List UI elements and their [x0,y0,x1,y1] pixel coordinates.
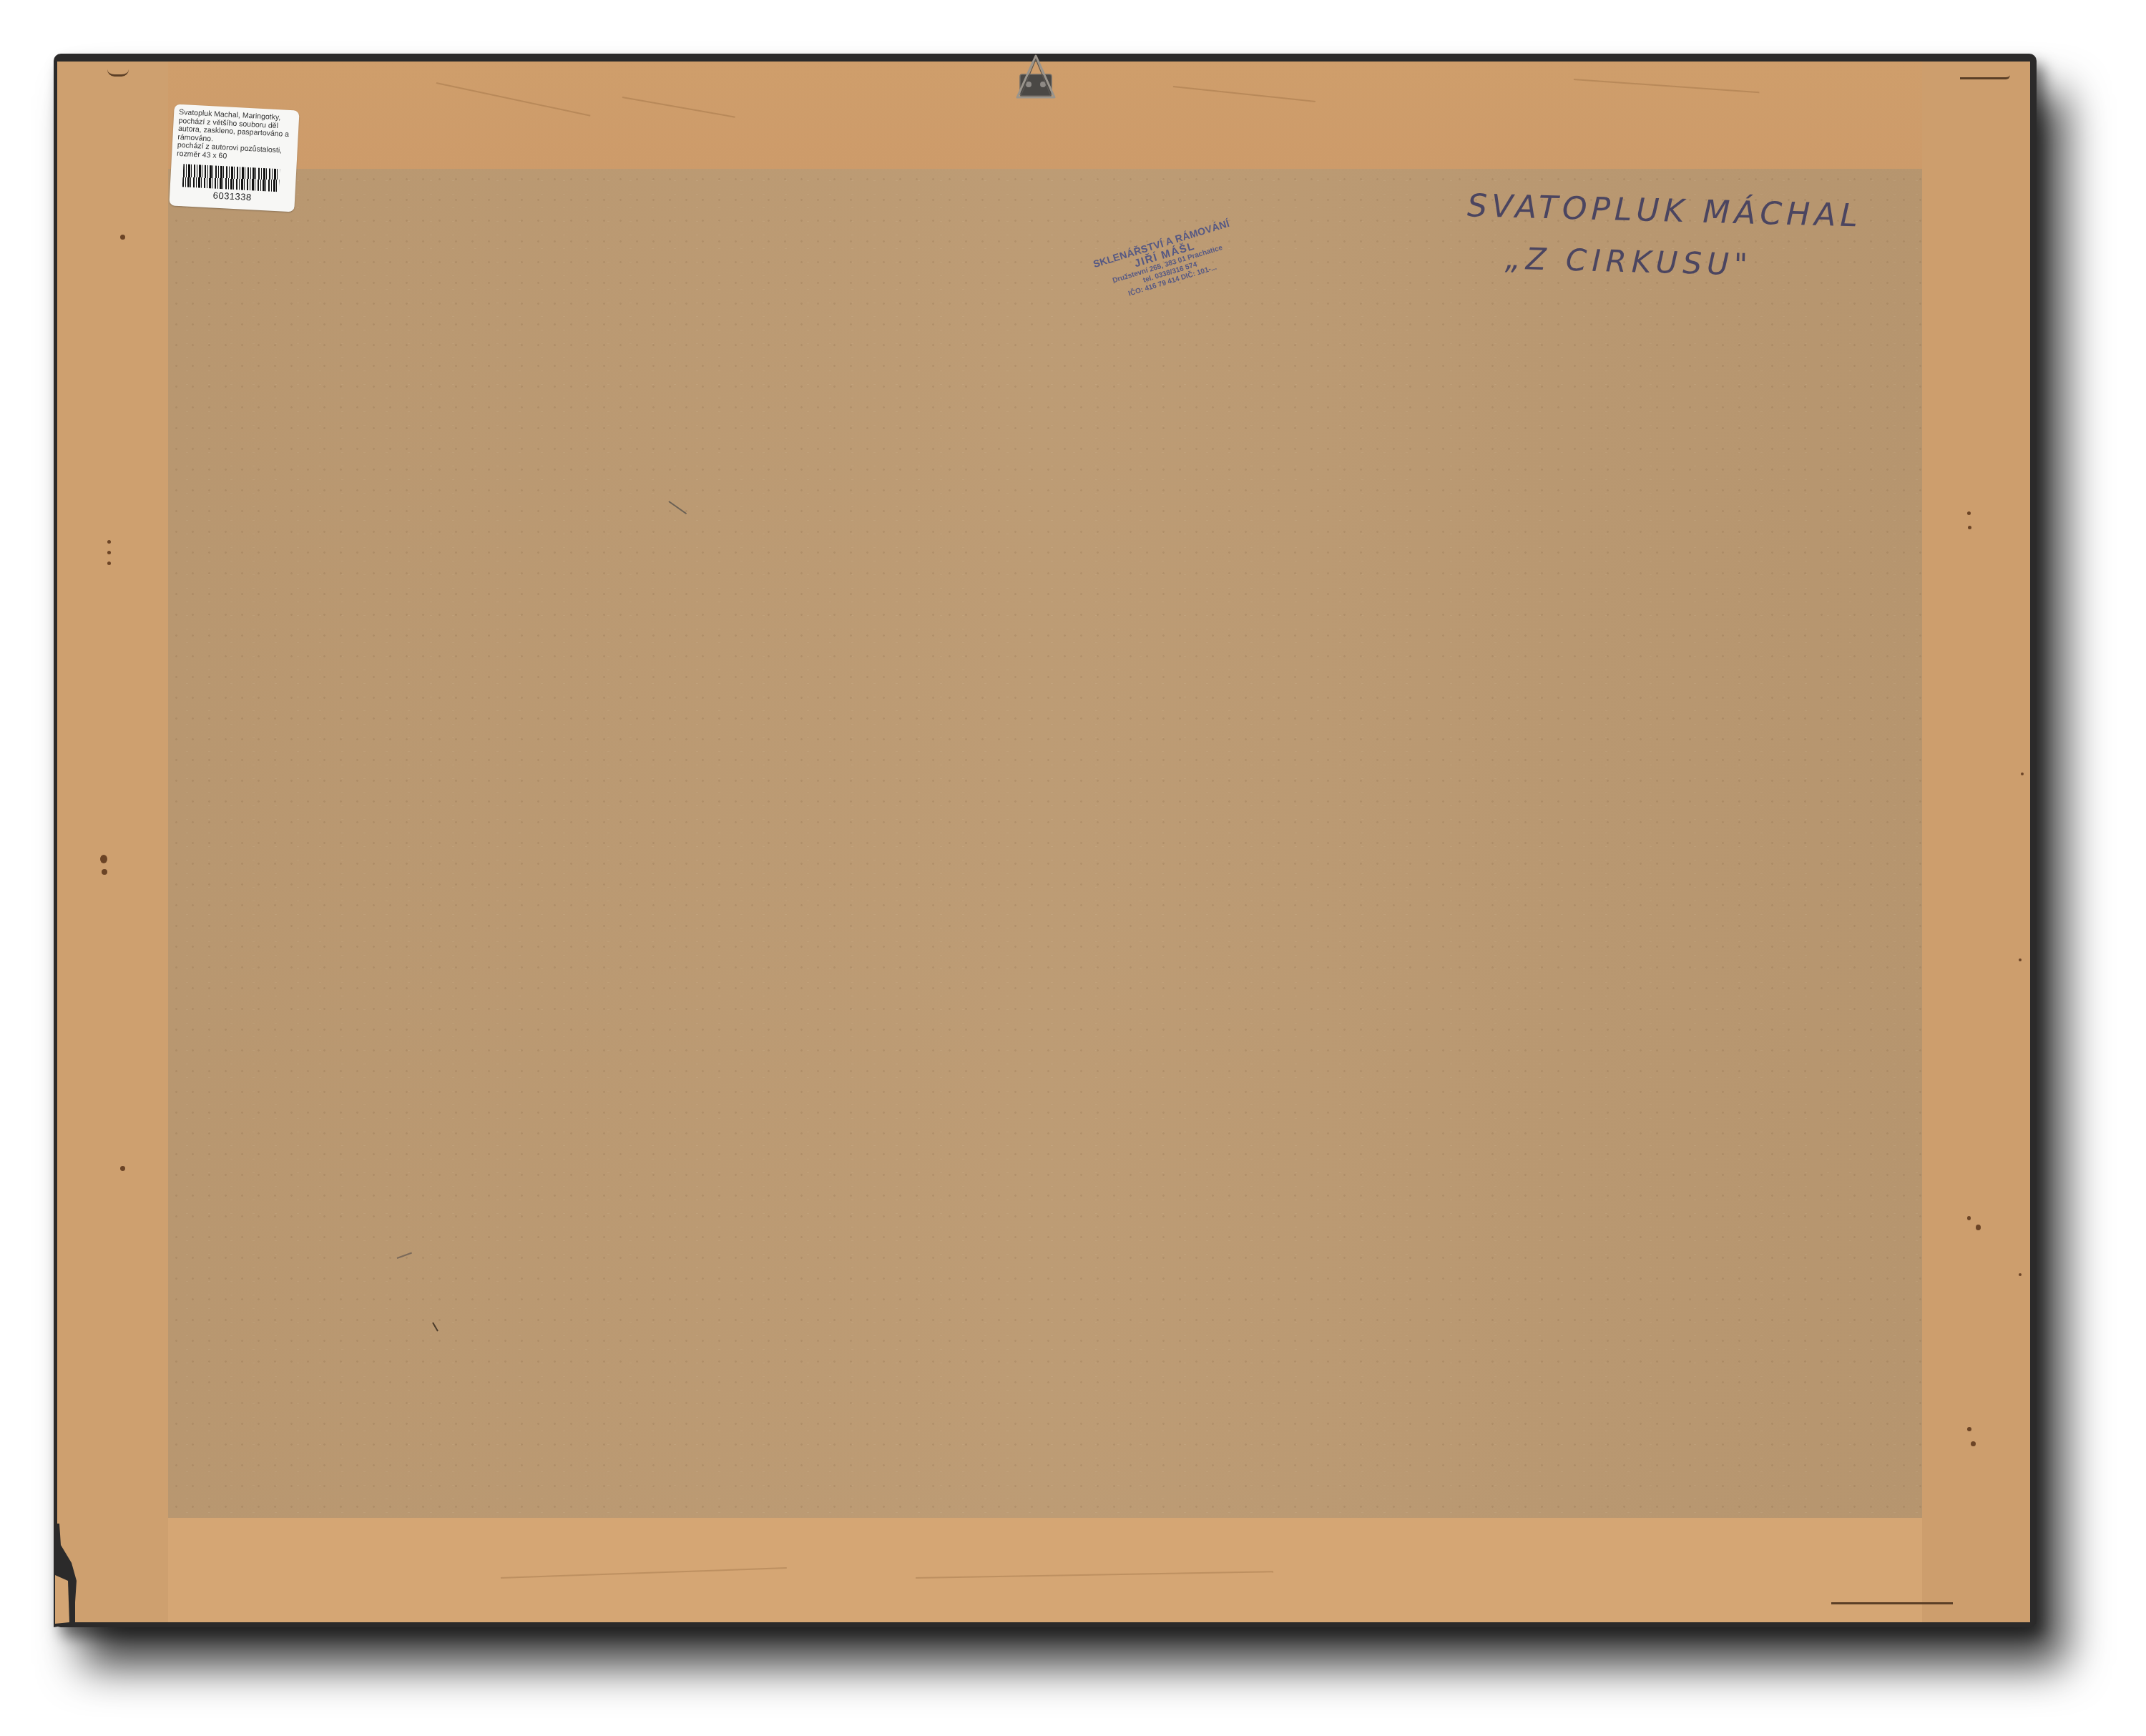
stain-speck [2019,958,2022,961]
stain-speck [1967,1427,1971,1431]
stain-speck [102,869,107,875]
stain-speck [1967,1216,1971,1220]
tape-tear [1831,1588,1953,1604]
tape-tear [107,62,129,77]
stain-speck [107,551,111,554]
stain-speck [1976,1225,1981,1230]
inventory-label: Svatopluk Machal, Maringotky, pochází z … [169,104,299,212]
torn-corner [54,1524,97,1627]
panel-shading [168,169,1922,1518]
stain-speck [107,540,111,544]
stain-speck [107,561,111,565]
stain-speck [2019,1273,2022,1276]
stain-speck [1967,511,1971,515]
stain-speck [120,1166,125,1171]
stain-speck [120,235,125,240]
tape-tear [1960,62,2010,79]
stain-speck [1971,1441,1976,1446]
tape-strip-bottom [57,1518,2030,1622]
stain-speck [100,855,107,863]
triangle-hanger-icon [1014,53,1057,104]
tape-strip-right [1922,62,2030,1622]
stain-speck [2021,773,2024,775]
stain-speck [1968,526,1971,529]
barcode [182,164,280,192]
handwritten-inscription: SVATOPLUK MÁCHAL „Z CIRKUSU" [1466,187,1897,286]
tape-strip-left [57,62,168,1622]
label-text: Svatopluk Machal, Maringotky, pochází z … [177,109,294,164]
